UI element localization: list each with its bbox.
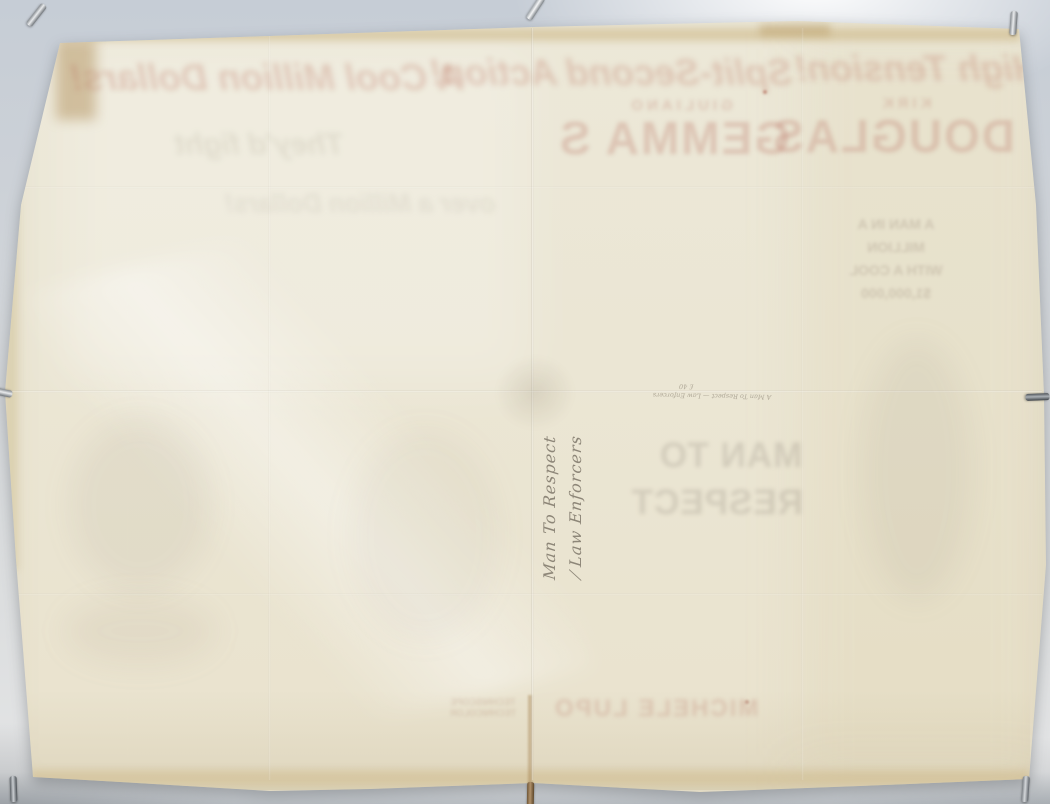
blurb-line: MILLION: [822, 236, 970, 259]
photo-backdrop: High Tension! Split-Second Action! A Coo…: [0, 0, 1050, 804]
bleedthrough-star-name: KIRK DOUGLAS: [795, 95, 1015, 160]
handwritten-title-annotation: Man To Respect ⁄ Law Enforcers: [540, 411, 604, 586]
star-first-name: KIRK: [795, 95, 1015, 112]
bleedthrough-title: MAN TO RESPECT: [658, 432, 803, 526]
credit-line: TECHNICOLOR: [428, 708, 538, 719]
bleedthrough-blurb: A MAN IN A MILLION WITH A COOL $1,000,00…: [822, 213, 970, 305]
fold-line-horizontal-lower: [8, 593, 1042, 596]
paper-highlight: [60, 45, 530, 385]
paper-shading: [800, 30, 1045, 775]
foxing-speck: [763, 90, 767, 94]
bleedthrough-tagline: Split-Second Action!: [430, 52, 792, 94]
fold-line-vertical-right: [801, 28, 804, 780]
age-stain: [760, 24, 830, 36]
bleedthrough-star-name: GIULIANO GEMMA S: [570, 97, 790, 162]
credit-line: TECHNISCOPE: [428, 697, 538, 708]
bleedthrough-tagline: High Tension!: [795, 48, 1040, 90]
star-last-name: GEMMA S: [570, 114, 790, 162]
push-pin-middle-right: [1025, 393, 1049, 401]
foxing-speck: [745, 700, 749, 704]
handwriting-line: Man To Respect: [540, 411, 559, 581]
paper-shading: [20, 690, 1030, 790]
blurb-line: WITH A COOL: [822, 259, 970, 282]
poster-sheet: High Tension! Split-Second Action! A Coo…: [0, 0, 1050, 804]
bleedthrough-figure: [65, 598, 215, 664]
age-stain: [4, 200, 18, 570]
fold-line-vertical-left: [268, 28, 271, 780]
bleedthrough-left-tagline: over a Million Dollars!: [225, 188, 495, 219]
poster-paper: High Tension! Split-Second Action! A Coo…: [0, 0, 1050, 804]
bleedthrough-left-tagline: They'd fight: [175, 128, 344, 162]
star-last-name: DOUGLAS: [795, 112, 1015, 160]
bleedthrough-tagline: A Cool Million Dollars!: [70, 57, 463, 99]
fold-line-horizontal-upper: [8, 186, 1042, 189]
bleedthrough-director-credit: MICHELE LUPO: [553, 695, 758, 723]
paper-sheen: [26, 182, 593, 778]
blurb-line: $1,000,000: [822, 282, 970, 305]
age-stain: [58, 28, 1020, 41]
bleedthrough-figure: [350, 430, 500, 640]
fold-line-vertical-center: [531, 28, 534, 780]
bleedthrough-credit-block: TECHNISCOPE TECHNICOLOR: [428, 697, 538, 719]
pencil-note-line: A Man To Respect — Law Enforcers: [653, 390, 781, 401]
blurb-line: A MAN IN A: [822, 213, 970, 236]
title-line: MAN TO: [658, 432, 803, 479]
push-pin-bottom-left: [10, 776, 18, 802]
handwriting-line: ⁄ Law Enforcers: [566, 413, 585, 583]
pencil-inscription: A Man To Respect — Law Enforcers £ 40: [653, 371, 781, 401]
bleedthrough-figure: [862, 340, 972, 600]
bleedthrough-figure: [70, 420, 210, 590]
fold-line-horizontal-center: [8, 390, 1042, 393]
push-pin-bottom-center: [527, 782, 534, 804]
star-first-name: GIULIANO: [570, 97, 790, 114]
age-stain: [56, 40, 96, 120]
title-line: RESPECT: [658, 479, 803, 526]
